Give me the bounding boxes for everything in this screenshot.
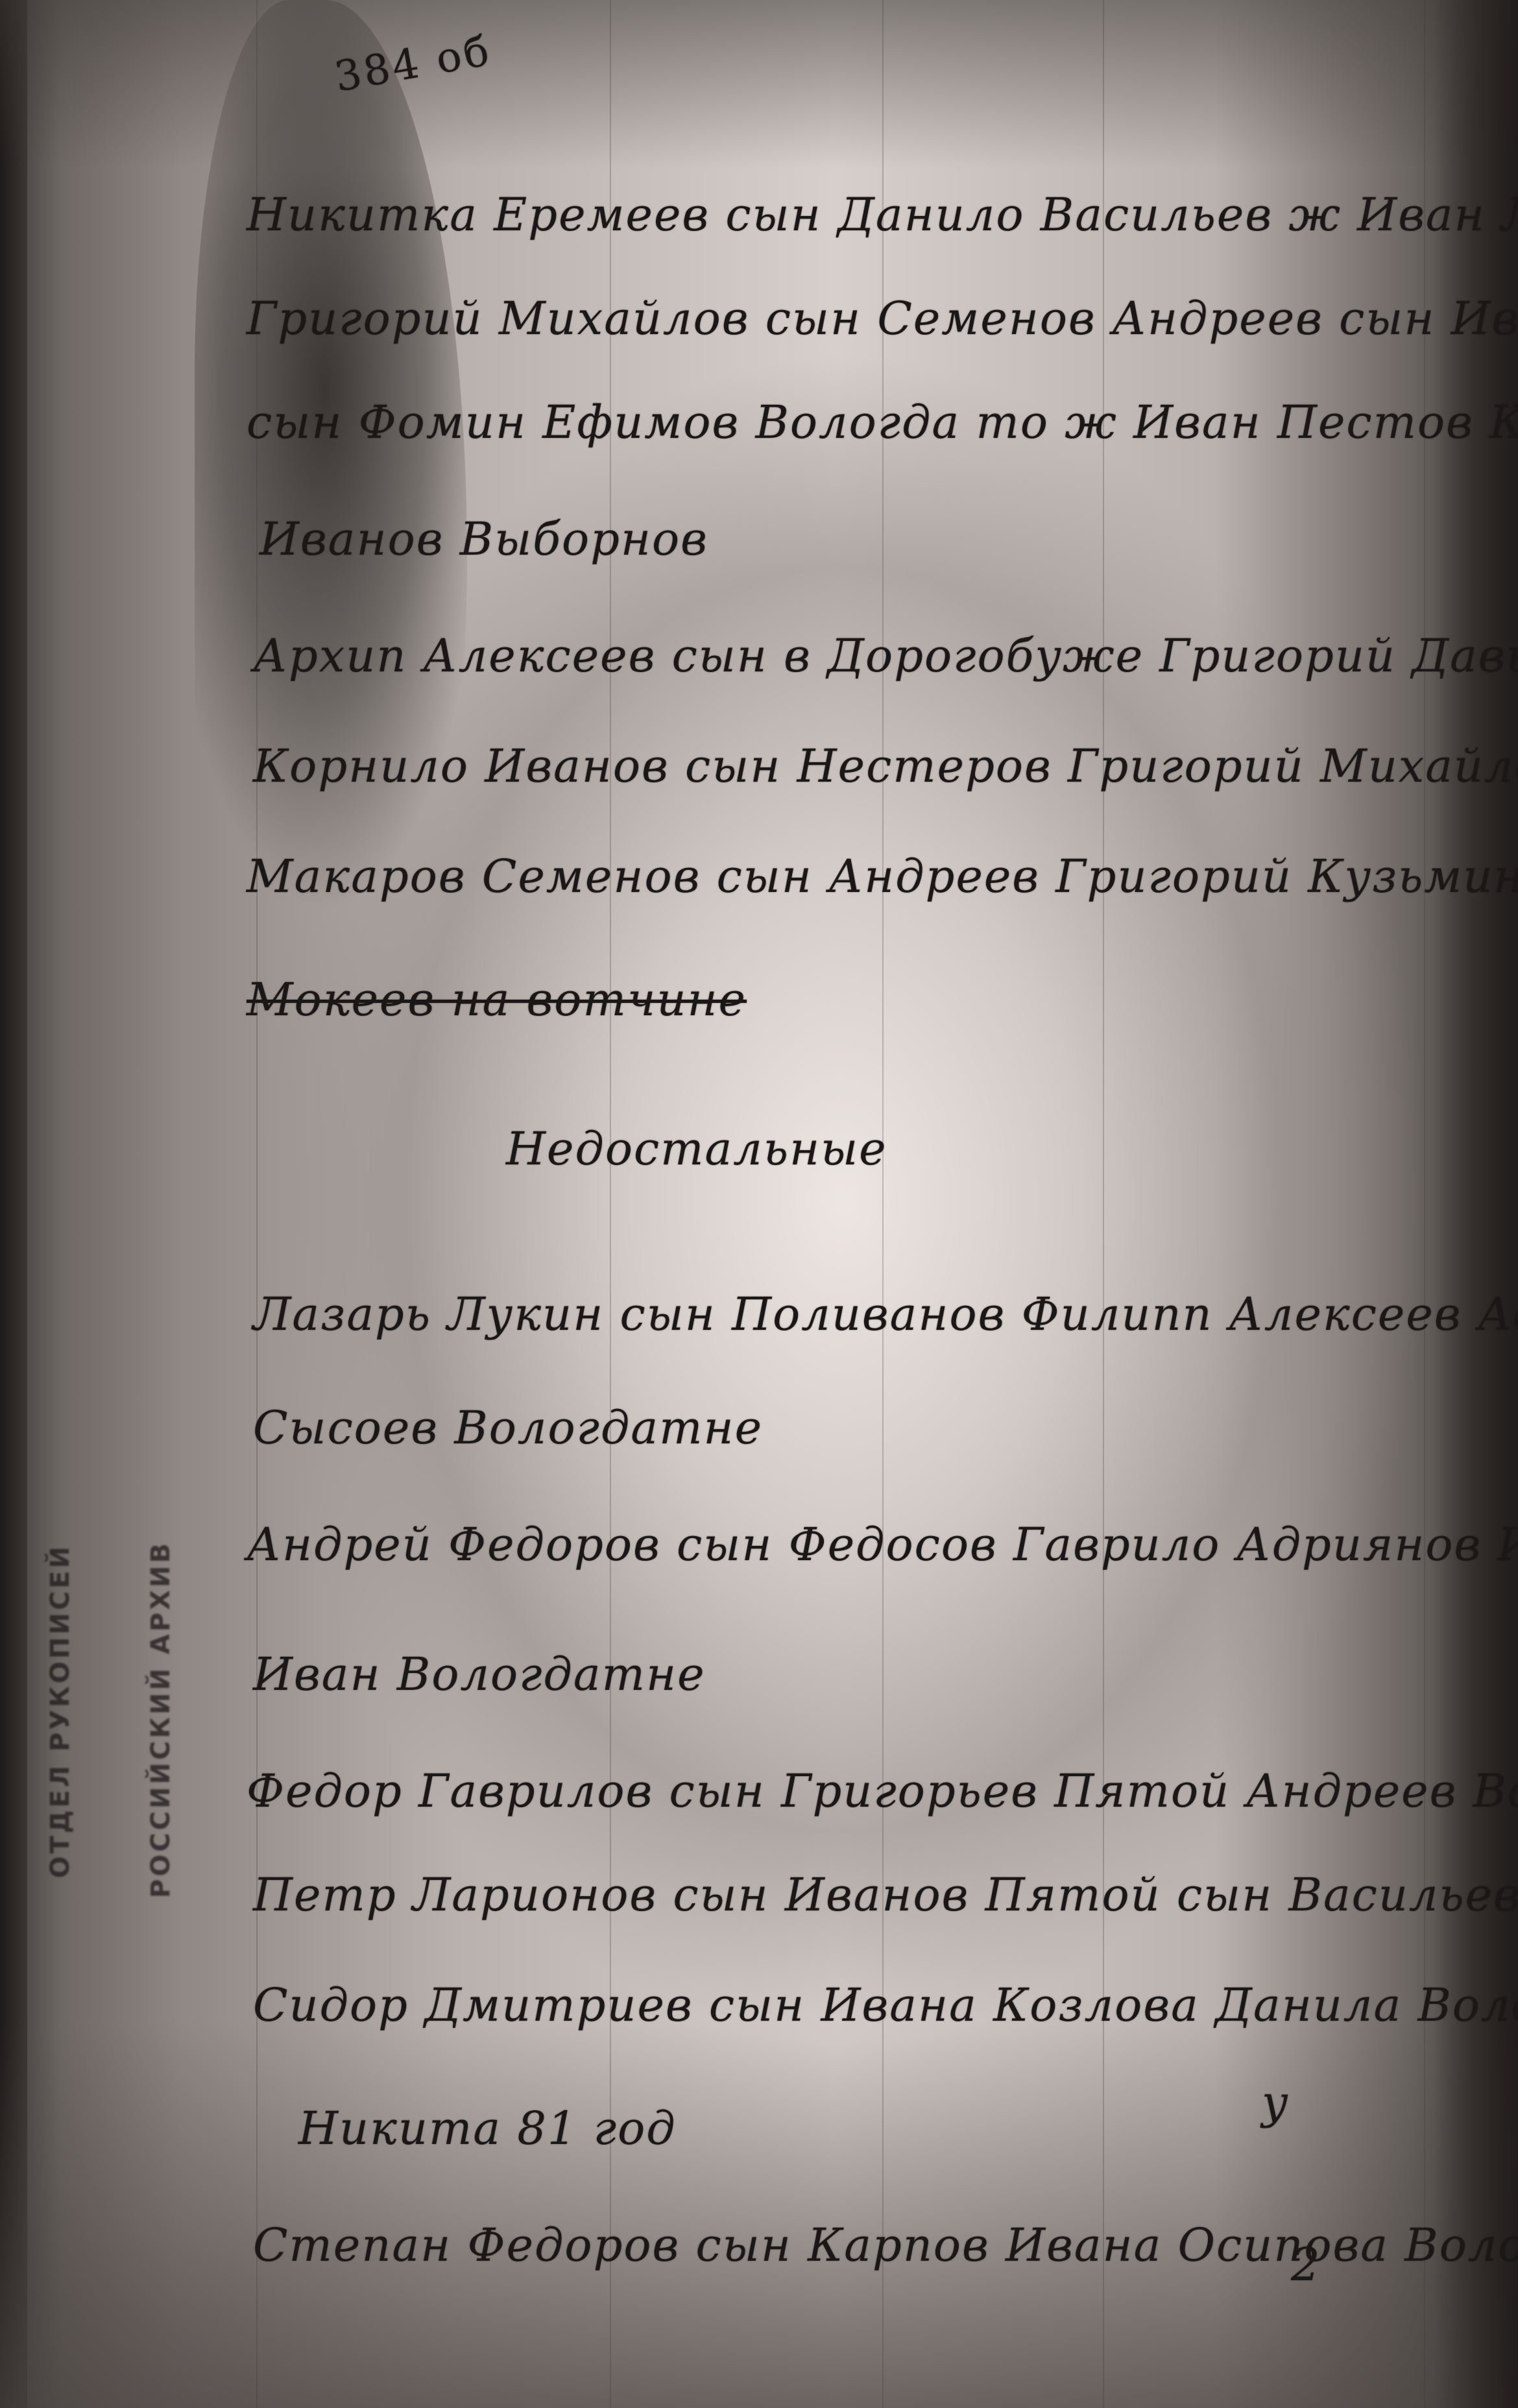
- section-heading: Недостальные: [506, 1122, 887, 1175]
- manuscript-line: Иван Вологдатне: [253, 1648, 706, 1701]
- manuscript-line: Мокеев на вотчине: [247, 973, 747, 1026]
- manuscript-line: Сидор Дмитриев сын Ивана Козлова Данила …: [253, 1979, 1518, 2032]
- ruling-line: [1103, 0, 1104, 2408]
- manuscript-line: Федор Гаврилов сын Григорьев Пятой Андре…: [247, 1764, 1518, 1818]
- manuscript-line: сын Фомин Ефимов Вологда то ж Иван Песто…: [247, 396, 1518, 449]
- manuscript-line: Сысоев Вологдатне: [253, 1401, 763, 1454]
- manuscript-line: Степан Федоров сын Карпов Ивана Осипова …: [253, 2219, 1518, 2272]
- manuscript-line: Корнило Иванов сын Нестеров Григорий Мих…: [253, 740, 1518, 793]
- ruling-line: [256, 0, 258, 2408]
- archive-stamp: ОТДЕЛ РУКОПИСЕЙ: [45, 1544, 75, 1878]
- manuscript-line: Григорий Михайлов сын Семенов Андреев сы…: [247, 292, 1518, 345]
- manuscript-line: Архип Алексеев сын в Дорогобуже Григорий…: [253, 629, 1518, 682]
- ruling-line: [610, 0, 611, 2408]
- manuscript-line: Макаров Семенов сын Андреев Григорий Куз…: [247, 850, 1518, 903]
- archive-stamp: РОССИЙСКИЙ АРХИВ: [146, 1541, 176, 1898]
- manuscript-line: Никита 81 год: [298, 2102, 677, 2155]
- ruling-line: [1424, 0, 1425, 2408]
- manuscript-line: Лазарь Лукин сын Поливанов Филипп Алексе…: [253, 1288, 1518, 1341]
- right-edge-shadow: [1434, 0, 1518, 2408]
- manuscript-line: Андрей Федоров сын Федосов Гаврило Адрия…: [247, 1518, 1518, 1571]
- bottom-shading: [0, 2019, 1518, 2408]
- manuscript-line: Иванов Выборнов: [259, 512, 708, 566]
- ruling-line: [882, 0, 884, 2408]
- manuscript-page: 384 об Никитка Еремеев сын Данило Василь…: [0, 0, 1518, 2408]
- top-shading: [0, 0, 1518, 169]
- manuscript-line: Петр Ларионов сын Иванов Пятой сын Васил…: [253, 1868, 1518, 1921]
- manuscript-line: Никитка Еремеев сын Данило Васильев ж Ив…: [247, 188, 1518, 241]
- margin-mark: 2: [1291, 2238, 1321, 2291]
- margin-mark: у: [1262, 2076, 1290, 2129]
